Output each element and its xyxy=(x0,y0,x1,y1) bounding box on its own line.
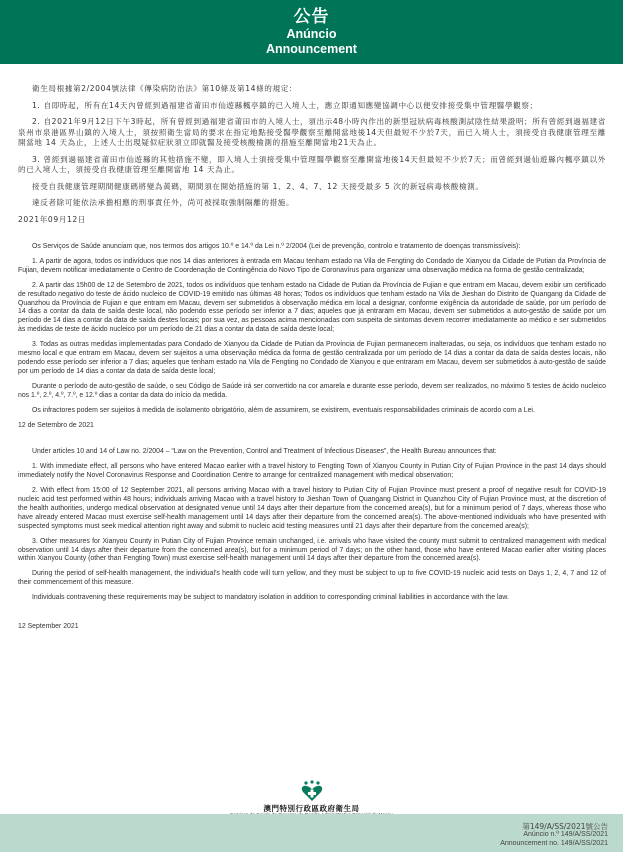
en-penalty-note: Individuals contravening these requireme… xyxy=(18,594,606,603)
zh-penalty-note: 違反者除可能依法承擔相應的刑事責任外，尚可被採取強制隔離的措施。 xyxy=(18,198,606,209)
zh-date: 2021年09月12日 xyxy=(18,215,606,226)
reference-number-en: Announcement no. 149/A/SS/2021 xyxy=(0,840,608,849)
pt-date: 12 de Setembro de 2021 xyxy=(18,422,606,431)
reference-number-pt: Anúncio n.º 149/A/SS/2021 xyxy=(0,831,608,840)
pt-item-3: 3. Todas as outras medidas implementadas… xyxy=(18,341,606,377)
title-en: Announcement xyxy=(0,42,623,57)
announcement-reference-footer: 第149/A/SS/2021號公告 Anúncio n.º 149/A/SS/2… xyxy=(0,814,623,852)
en-item-3: 3. Other measures for Xianyou County in … xyxy=(18,538,606,565)
en-item-1: 1. With immediate effect, all persons wh… xyxy=(18,463,606,481)
health-bureau-heart-cross-icon xyxy=(300,780,324,802)
english-section: Under articles 10 and 14 of Law no. 2/20… xyxy=(18,448,606,632)
pt-health-code-note: Durante o período de auto-gestão de saúd… xyxy=(18,383,606,401)
pt-item-1: 1. A partir de agora, todos os indivíduo… xyxy=(18,258,606,276)
zh-item-1: 1. 自即時起，所有在14天內曾經到過福建省莆田市仙遊縣楓亭鎮的已入境人士，應立… xyxy=(18,101,606,112)
zh-item-2: 2. 自2021年9月12日下午3時起，所有曾經到過福建省莆田市的入境人士，須出… xyxy=(18,117,606,149)
zh-item-3: 3. 曾經到過福建省莆田市仙遊縣的其他措施不變，即入境人士須接受集中管理醫學觀察… xyxy=(18,155,606,176)
en-item-2: 2. With effect from 15:00 of 12 Septembe… xyxy=(18,487,606,532)
en-intro: Under articles 10 and 14 of Law no. 2/20… xyxy=(18,448,606,457)
pt-item-2: 2. A partir das 15h00 de 12 de Setembro … xyxy=(18,282,606,335)
pt-intro: Os Serviços de Saúde anunciam que, nos t… xyxy=(18,243,606,252)
zh-health-code-note: 接受自我健康管理期間健康碼將變為黃碼，期間須在開始措施的第 1、2、4、7、12… xyxy=(18,182,606,193)
announcement-header: 公告 Anúncio Announcement xyxy=(0,0,623,64)
pt-penalty-note: Os infractores podem ser sujeitos à medi… xyxy=(18,407,606,416)
en-health-code-note: During the period of self-health managem… xyxy=(18,570,606,588)
reference-number-zh: 第149/A/SS/2021號公告 xyxy=(0,822,608,831)
en-date: 12 September 2021 xyxy=(18,623,606,632)
health-bureau-name-zh: 澳門特別行政區政府衛生局 xyxy=(0,804,623,813)
portuguese-section: Os Serviços de Saúde anunciam que, nos t… xyxy=(18,243,606,430)
title-zh: 公告 xyxy=(0,0,623,27)
chinese-section: 衛生局根據第2/2004號法律《傳染病防治法》第10條及第14條的規定： 1. … xyxy=(18,84,606,225)
title-pt: Anúncio xyxy=(0,27,623,42)
announcement-body: 衛生局根據第2/2004號法律《傳染病防治法》第10條及第14條的規定： 1. … xyxy=(18,84,606,638)
zh-intro: 衛生局根據第2/2004號法律《傳染病防治法》第10條及第14條的規定： xyxy=(18,84,606,95)
